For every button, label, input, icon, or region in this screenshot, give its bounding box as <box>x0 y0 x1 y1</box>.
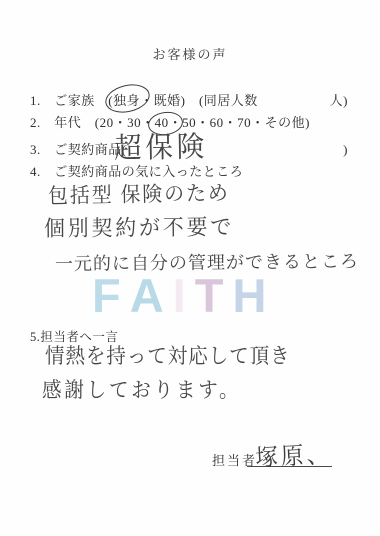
watermark-letter: I <box>173 268 195 323</box>
question-3-close-paren: ) <box>343 142 348 158</box>
person-in-charge-label: 担当者 <box>212 450 257 469</box>
question-1-unit: 人) <box>330 90 348 109</box>
question-1-options: ・既婚) (同居人数 <box>140 90 258 109</box>
watermark-letter: T <box>195 268 233 323</box>
question-1-family: 1. ご家族 (独身・既婚) (同居人数人) <box>30 90 348 109</box>
faith-watermark: F A I T H <box>92 268 275 323</box>
handwritten-answer-line: 包括型 保険のため <box>48 177 230 210</box>
handwritten-answer-line: 個別契約が不要で <box>44 210 234 243</box>
handwritten-answer-line: 一元的に自分の管理ができるところ <box>55 247 359 276</box>
form-title: お客様の声 <box>0 44 380 63</box>
handwritten-signature: 塚原、 <box>254 434 333 473</box>
handwritten-message-line: 感謝しております。 <box>42 374 241 404</box>
scanned-feedback-form: F A I T H お客様の声 1. ご家族 (独身・既婚) (同居人数人) 2… <box>0 0 380 536</box>
watermark-letter: F <box>92 268 130 323</box>
question-3-text: 3. ご契約商品( <box>30 139 127 158</box>
handwritten-message-line: 情熱を持って対応して頂き <box>45 340 291 370</box>
question-1-text: 1. ご家族 ( <box>30 90 113 109</box>
answer-single-selected: 独身 <box>113 90 140 109</box>
watermark-letter: H <box>232 268 275 323</box>
watermark-letter: A <box>130 268 173 323</box>
option-single: 独身 <box>113 93 140 108</box>
